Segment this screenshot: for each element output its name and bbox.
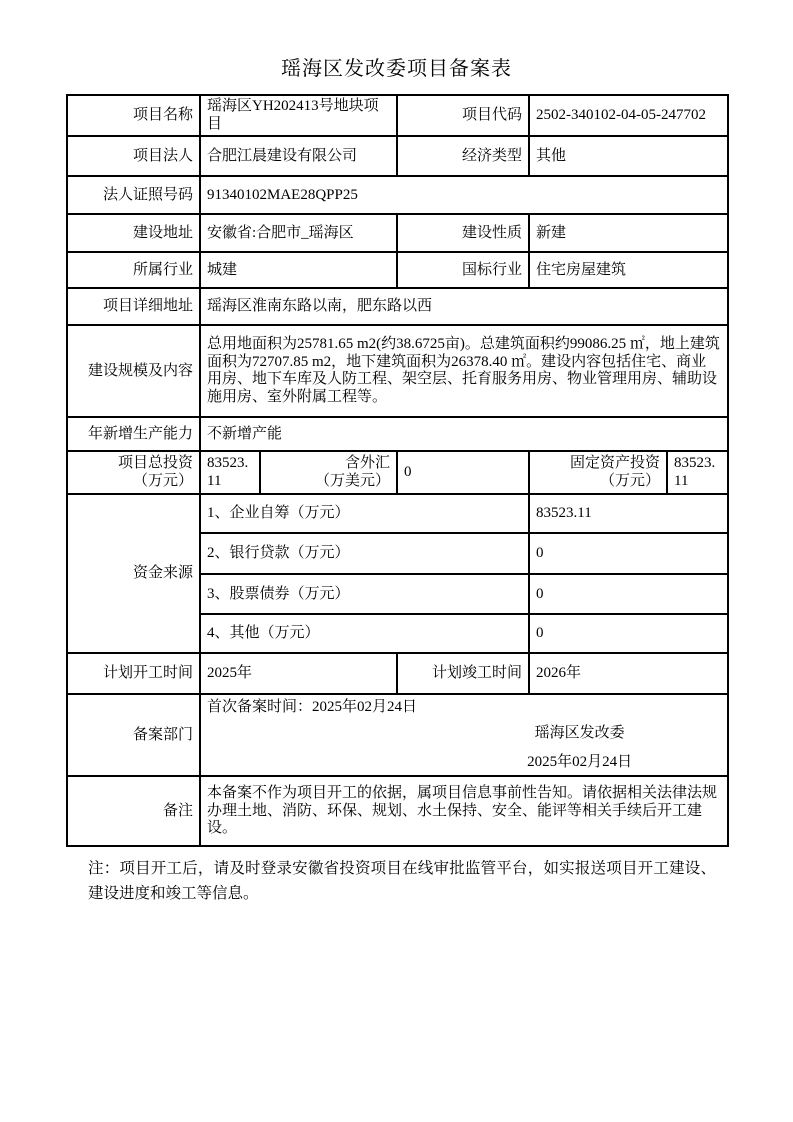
page-title: 瑶海区发改委项目备案表 — [0, 0, 793, 81]
remark-value: 本备案不作为项目开工的依据，属项目信息事前性告知。请依据相关法律法规办理土地、消… — [200, 776, 728, 846]
funding-group-label: 资金来源 — [67, 494, 200, 653]
license-no-value: 91340102MAE28QPP25 — [200, 176, 728, 214]
license-no-label: 法人证照号码 — [67, 176, 200, 214]
plan-finish-value: 2026年 — [529, 653, 728, 694]
row-filing-dept: 备案部门 首次备案时间：2025年02月24日 瑶海区发改委 2025年02月2… — [67, 694, 728, 776]
scale-content-label: 建设规模及内容 — [67, 325, 200, 417]
detail-address-label: 项目详细地址 — [67, 288, 200, 325]
build-address-value: 安徽省:合肥市_瑶海区 — [200, 214, 397, 252]
funding-2-label: 2、银行贷款（万元） — [200, 533, 529, 574]
funding-4-label: 4、其他（万元） — [200, 614, 529, 653]
funding-1-label: 1、企业自筹（万元） — [200, 494, 529, 533]
plan-start-value: 2025年 — [200, 653, 397, 694]
project-code-label: 项目代码 — [397, 95, 529, 136]
total-investment-value: 83523.11 — [200, 451, 260, 494]
total-investment-label: 项目总投资 （万元） — [67, 451, 200, 494]
national-industry-value: 住宅房屋建筑 — [529, 252, 728, 288]
row-project-name: 项目名称 瑶海区YH202413号地块项目 项目代码 2502-340102-0… — [67, 95, 728, 136]
filing-dept-label: 备案部门 — [67, 694, 200, 776]
fixed-assets-label: 固定资产投资 （万元） — [529, 451, 667, 494]
build-nature-label: 建设性质 — [397, 214, 529, 252]
row-license-no: 法人证照号码 91340102MAE28QPP25 — [67, 176, 728, 214]
row-plan-dates: 计划开工时间 2025年 计划竣工时间 2026年 — [67, 653, 728, 694]
project-name-value: 瑶海区YH202413号地块项目 — [200, 95, 397, 136]
project-name-label: 项目名称 — [67, 95, 200, 136]
industry-label: 所属行业 — [67, 252, 200, 288]
legal-person-value: 合肥江晨建设有限公司 — [200, 136, 397, 176]
row-funding-1: 资金来源 1、企业自筹（万元） 83523.11 — [67, 494, 728, 533]
funding-2-value: 0 — [529, 533, 728, 574]
national-industry-label: 国标行业 — [397, 252, 529, 288]
row-legal-person: 项目法人 合肥江晨建设有限公司 经济类型 其他 — [67, 136, 728, 176]
remark-label: 备注 — [67, 776, 200, 846]
plan-start-label: 计划开工时间 — [67, 653, 200, 694]
detail-address-value: 瑶海区淮南东路以南，肥东路以西 — [200, 288, 728, 325]
row-remark: 备注 本备案不作为项目开工的依据，属项目信息事前性告知。请依据相关法律法规办理土… — [67, 776, 728, 846]
row-new-capacity: 年新增生产能力 不新增产能 — [67, 417, 728, 451]
row-scale-content: 建设规模及内容 总用地面积为25781.65 m2(约38.6725亩)。总建筑… — [67, 325, 728, 417]
funding-1-value: 83523.11 — [529, 494, 728, 533]
fixed-assets-value: 83523.11 — [667, 451, 728, 494]
filing-authority: 瑶海区发改委 — [438, 725, 721, 743]
project-code-value: 2502-340102-04-05-247702 — [529, 95, 728, 136]
foreign-exchange-value: 0 — [397, 451, 529, 494]
new-capacity-value: 不新增产能 — [200, 417, 728, 451]
scale-content-value: 总用地面积为25781.65 m2(约38.6725亩)。总建筑面积约99086… — [200, 325, 728, 417]
legal-person-label: 项目法人 — [67, 136, 200, 176]
funding-4-value: 0 — [529, 614, 728, 653]
plan-finish-label: 计划竣工时间 — [397, 653, 529, 694]
industry-value: 城建 — [200, 252, 397, 288]
build-address-label: 建设地址 — [67, 214, 200, 252]
build-nature-value: 新建 — [529, 214, 728, 252]
economic-type-value: 其他 — [529, 136, 728, 176]
row-detail-address: 项目详细地址 瑶海区淮南东路以南，肥东路以西 — [67, 288, 728, 325]
funding-3-value: 0 — [529, 574, 728, 614]
new-capacity-label: 年新增生产能力 — [67, 417, 200, 451]
filing-dept-cell: 首次备案时间：2025年02月24日 瑶海区发改委 2025年02月24日 — [200, 694, 728, 776]
row-investment: 项目总投资 （万元） 83523.11 含外汇 （万美元） 0 固定资产投资 （… — [67, 451, 728, 494]
foreign-exchange-label: 含外汇 （万美元） — [260, 451, 397, 494]
funding-3-label: 3、股票债券（万元） — [200, 574, 529, 614]
economic-type-label: 经济类型 — [397, 136, 529, 176]
row-build-address: 建设地址 安徽省:合肥市_瑶海区 建设性质 新建 — [67, 214, 728, 252]
filing-form-table: 项目名称 瑶海区YH202413号地块项目 项目代码 2502-340102-0… — [66, 94, 729, 847]
page-footnote: 注：项目开工后，请及时登录安徽省投资项目在线审批监管平台，如实报送项目开工建设、… — [88, 856, 716, 906]
row-industry: 所属行业 城建 国标行业 住宅房屋建筑 — [67, 252, 728, 288]
document-page: 瑶海区发改委项目备案表 项目名称 瑶海区YH202413号地块项目 项目代码 2… — [0, 0, 793, 1122]
first-filing-time: 首次备案时间：2025年02月24日 — [207, 699, 721, 717]
filing-date: 2025年02月24日 — [438, 754, 721, 772]
